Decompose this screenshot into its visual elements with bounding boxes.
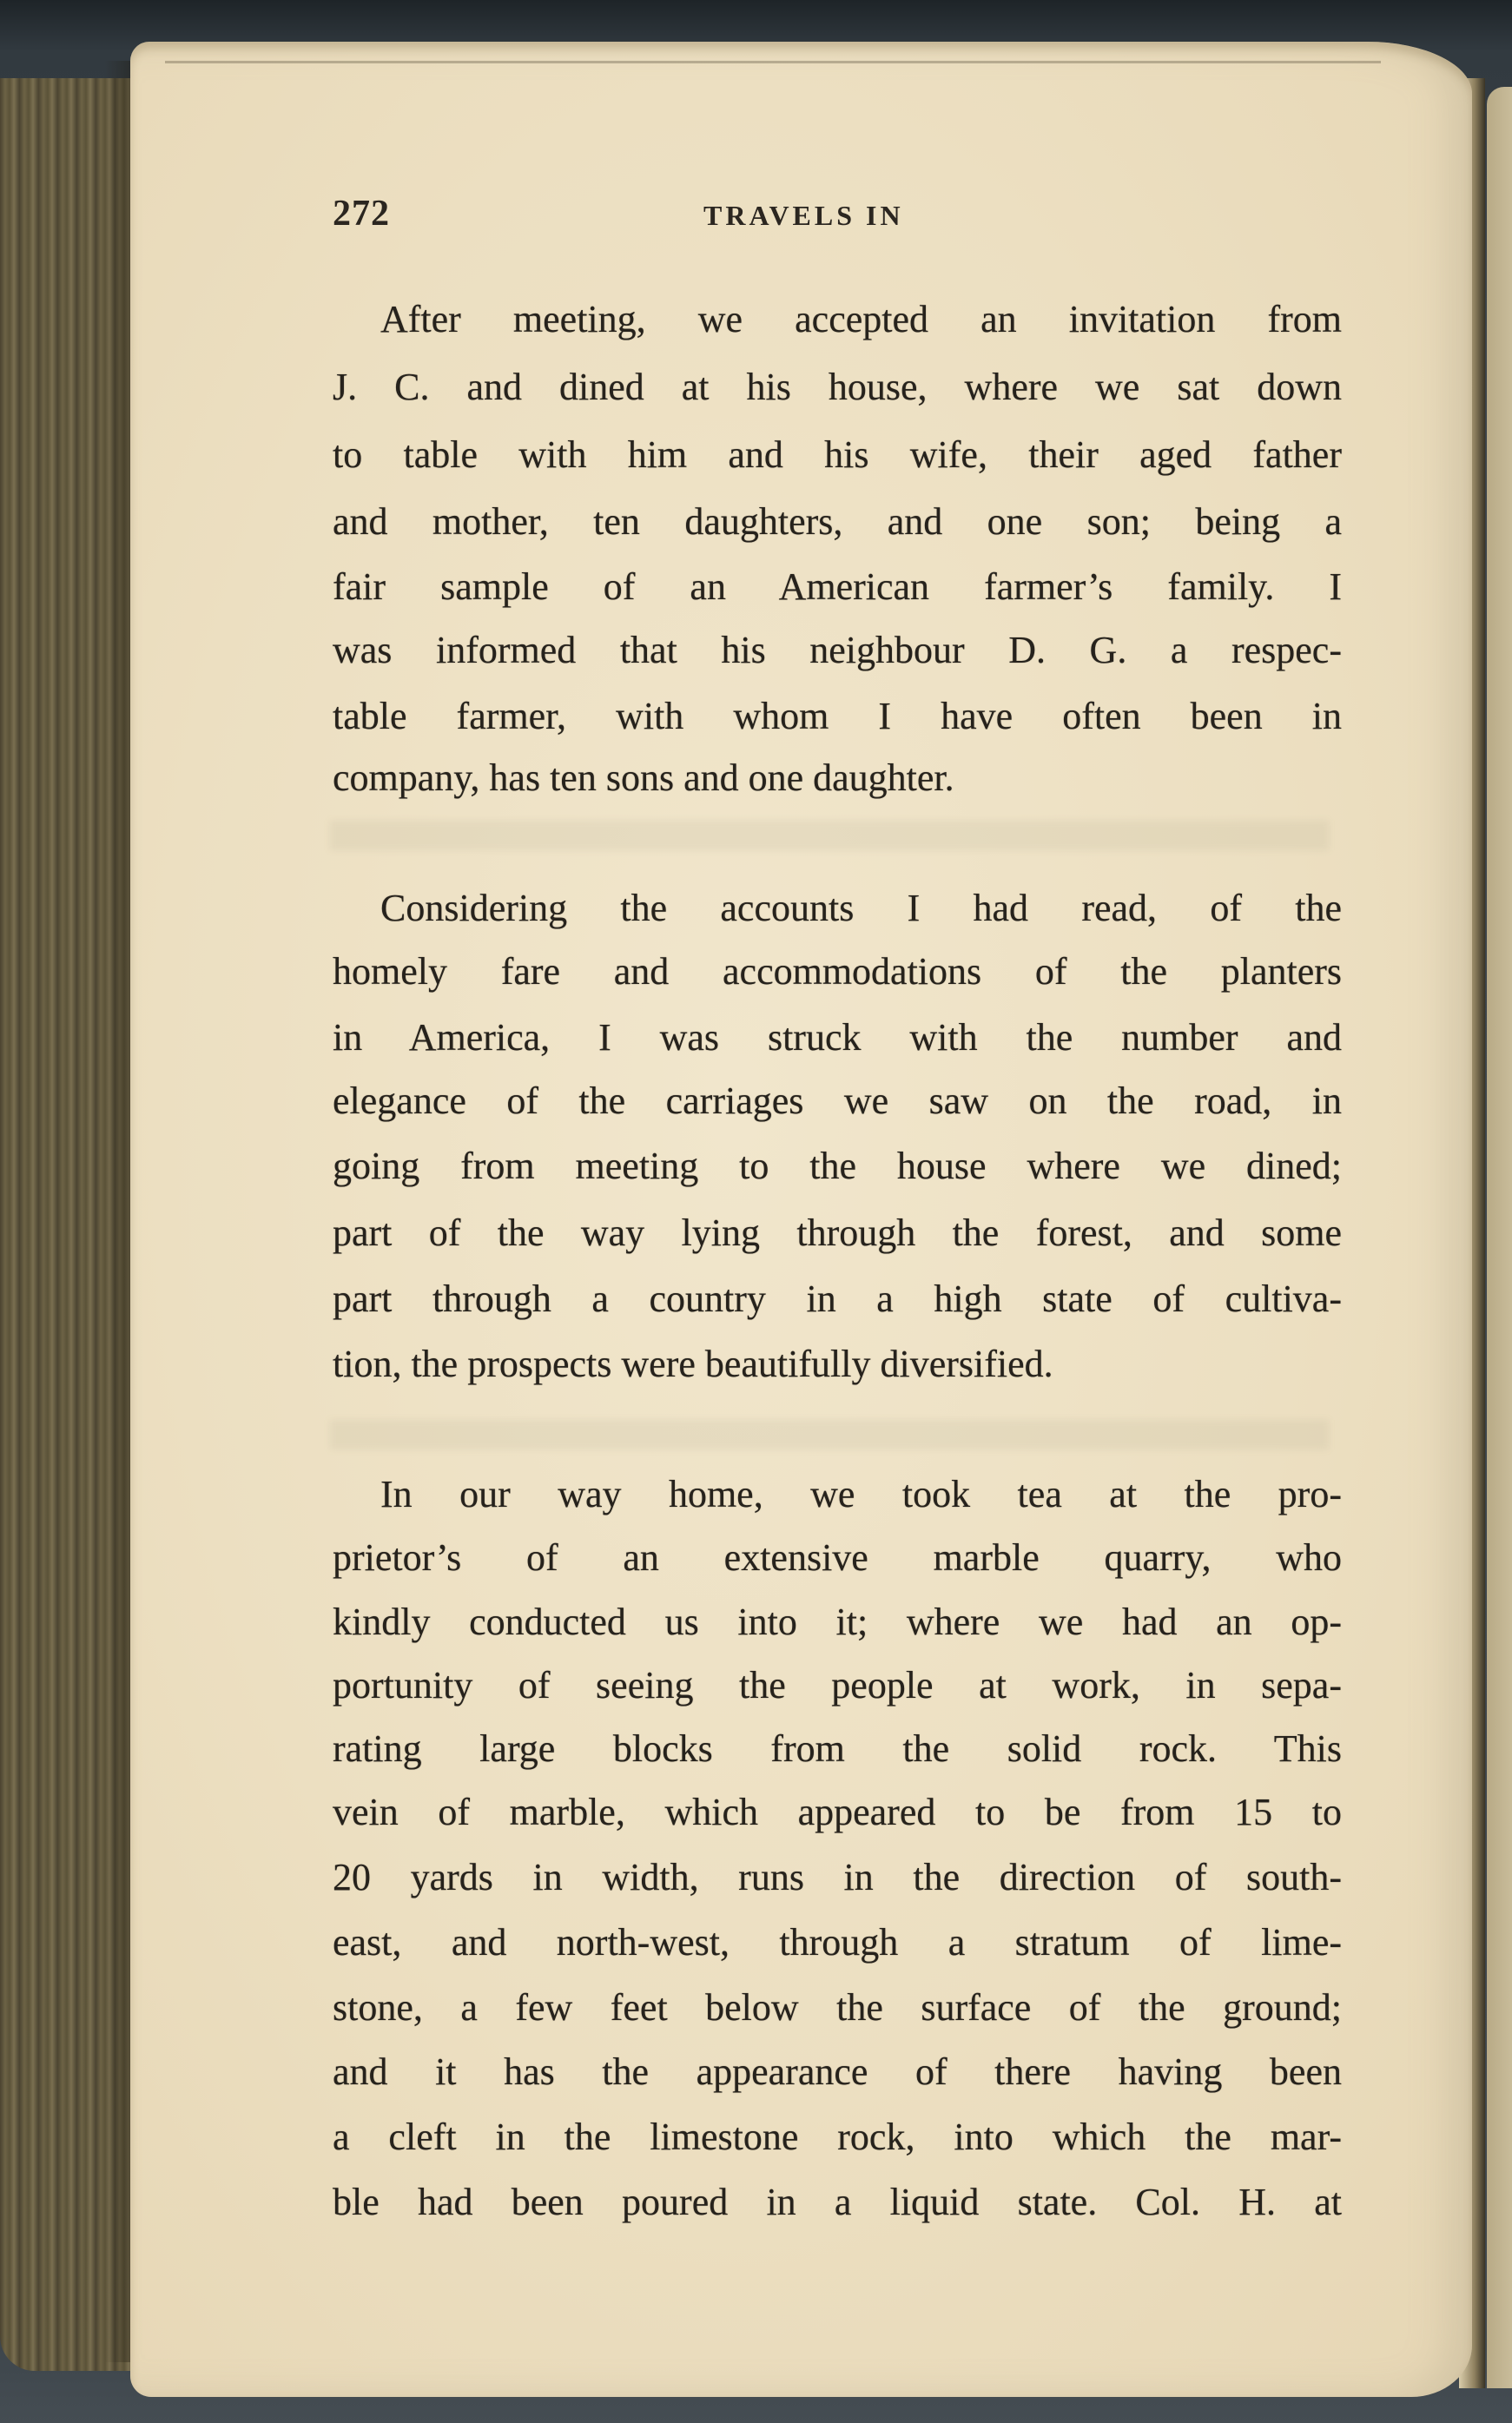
text-line: rating large blocks from the solid rock.… [333,1725,1342,1773]
text-line: homely fare and accommodations of the pl… [333,947,1342,996]
text-line: going from meeting to the house where we… [333,1142,1342,1191]
text-line: J. C. and dined at his house, where we s… [333,363,1342,412]
text-line: part through a country in a high state o… [333,1275,1342,1324]
page-number: 272 [333,193,390,234]
text-line: in America, I was struck with the number… [333,1013,1342,1062]
text-line: 20 yards in width, runs in the direction… [333,1853,1342,1902]
text-line: In our way home, we took tea at the pro- [380,1470,1342,1519]
text-line: stone, a few feet below the surface of t… [333,1984,1342,2032]
text-line: ble had been poured in a liquid state. C… [333,2178,1342,2227]
text-line: company, has ten sons and one daughter. [333,754,1342,802]
text-line: Considering the accounts I had read, of … [380,884,1342,933]
text-line: part of the way lying through the forest… [333,1209,1342,1258]
text-line: prietor’s of an extensive marble quarry,… [333,1534,1342,1582]
text-line: vein of marble, which appeared to be fro… [333,1788,1342,1837]
text-line: elegance of the carriages we saw on the … [333,1077,1342,1126]
text-line: was informed that his neighbour D. G. a … [333,626,1342,675]
text-line: a cleft in the limestone rock, into whic… [333,2113,1342,2162]
running-head-title: TRAVELS IN [703,200,904,232]
text-line: table farmer, with whom I have often bee… [333,692,1342,741]
bleed-through-text [330,1420,1329,1449]
text-line: tion, the prospects were beautifully div… [333,1340,1342,1389]
bleed-through-text [330,821,1329,850]
text-line: and mother, ten daughters, and one son; … [333,498,1342,546]
facing-page-edge [1487,87,1512,2388]
text-line: After meeting, we accepted an invitation… [380,295,1342,344]
text-line: east, and north-west, through a stratum … [333,1918,1342,1967]
text-line: and it has the appearance of there havin… [333,2048,1342,2096]
text-line: portunity of seeing the people at work, … [333,1661,1342,1710]
text-line: kindly conducted us into it; where we ha… [333,1598,1342,1647]
text-line: to table with him and his wife, their ag… [333,431,1342,479]
text-line: fair sample of an American farmer’s fami… [333,563,1342,611]
running-header: 272 TRAVELS IN [0,193,1512,245]
page-top-edge [165,61,1381,63]
